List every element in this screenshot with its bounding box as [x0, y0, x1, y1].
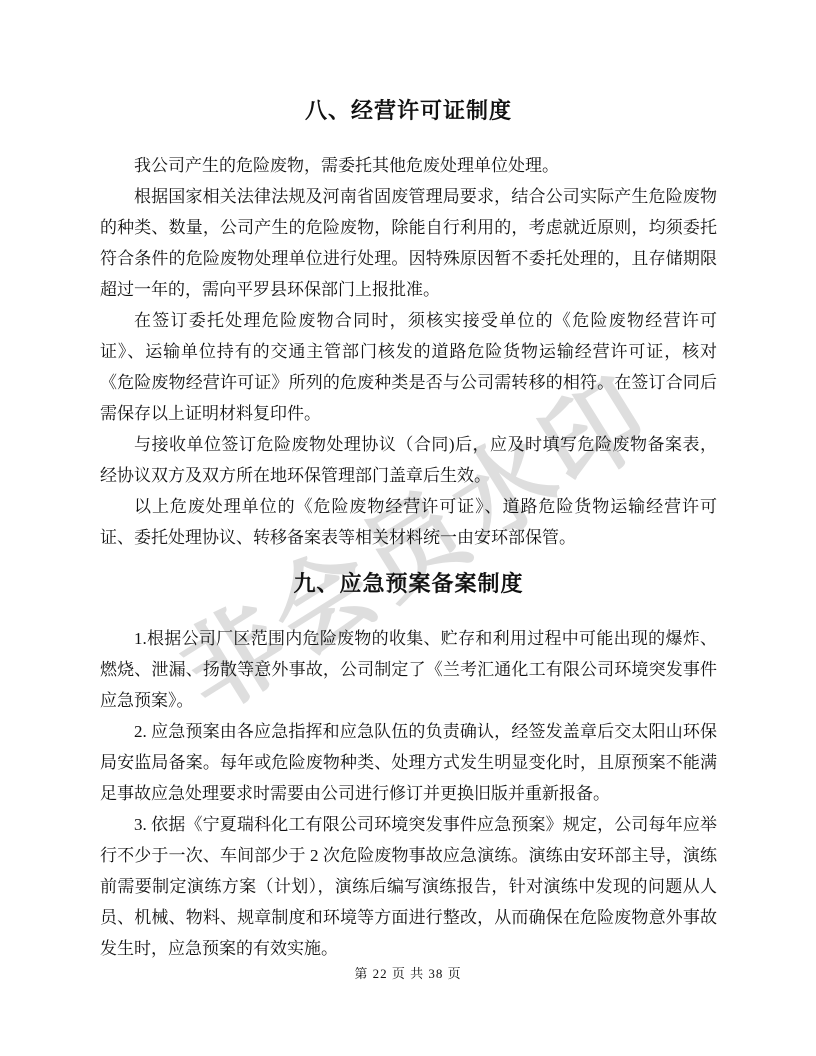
page-number: 第 22 页 共 38 页 [0, 963, 816, 982]
section-8-paragraph-3: 在签订委托处理危险废物合同时，须核实接受单位的《危险废物经营许可证》、运输单位持… [100, 305, 717, 429]
section-9-title: 九、应急预案备案制度 [100, 570, 717, 598]
section-9-paragraph-1: 1.根据公司厂区范围内危险废物的收集、贮存和利用过程中可能出现的爆炸、燃烧、泄漏… [100, 623, 717, 716]
section-8-paragraph-4: 与接收单位签订危险废物处理协议（合同)后，应及时填写危险废物备案表，经协议双方及… [100, 429, 717, 491]
document-content: 八、经营许可证制度 我公司产生的危险废物，需委托其他危废处理单位处理。 根据国家… [100, 97, 717, 964]
section-8-paragraph-2: 根据国家相关法律法规及河南省固废管理局要求，结合公司实际产生危险废物的种类、数量… [100, 181, 717, 305]
section-8-paragraph-1: 我公司产生的危险废物，需委托其他危废处理单位处理。 [100, 150, 717, 181]
section-8-paragraph-5: 以上危废处理单位的《危险废物经营许可证》、道路危险货物运输经营许可证、委托处理协… [100, 491, 717, 553]
section-9-paragraph-2: 2. 应急预案由各应急指挥和应急队伍的负责确认，经签发盖章后交太阳山环保局安监局… [100, 716, 717, 809]
document-page: 非会员水印 八、经营许可证制度 我公司产生的危险废物，需委托其他危废处理单位处理… [0, 0, 816, 1056]
section-9-paragraph-3: 3. 依据《宁夏瑞科化工有限公司环境突发事件应急预案》规定，公司每年应举行不少于… [100, 809, 717, 964]
section-8-title: 八、经营许可证制度 [100, 97, 717, 125]
